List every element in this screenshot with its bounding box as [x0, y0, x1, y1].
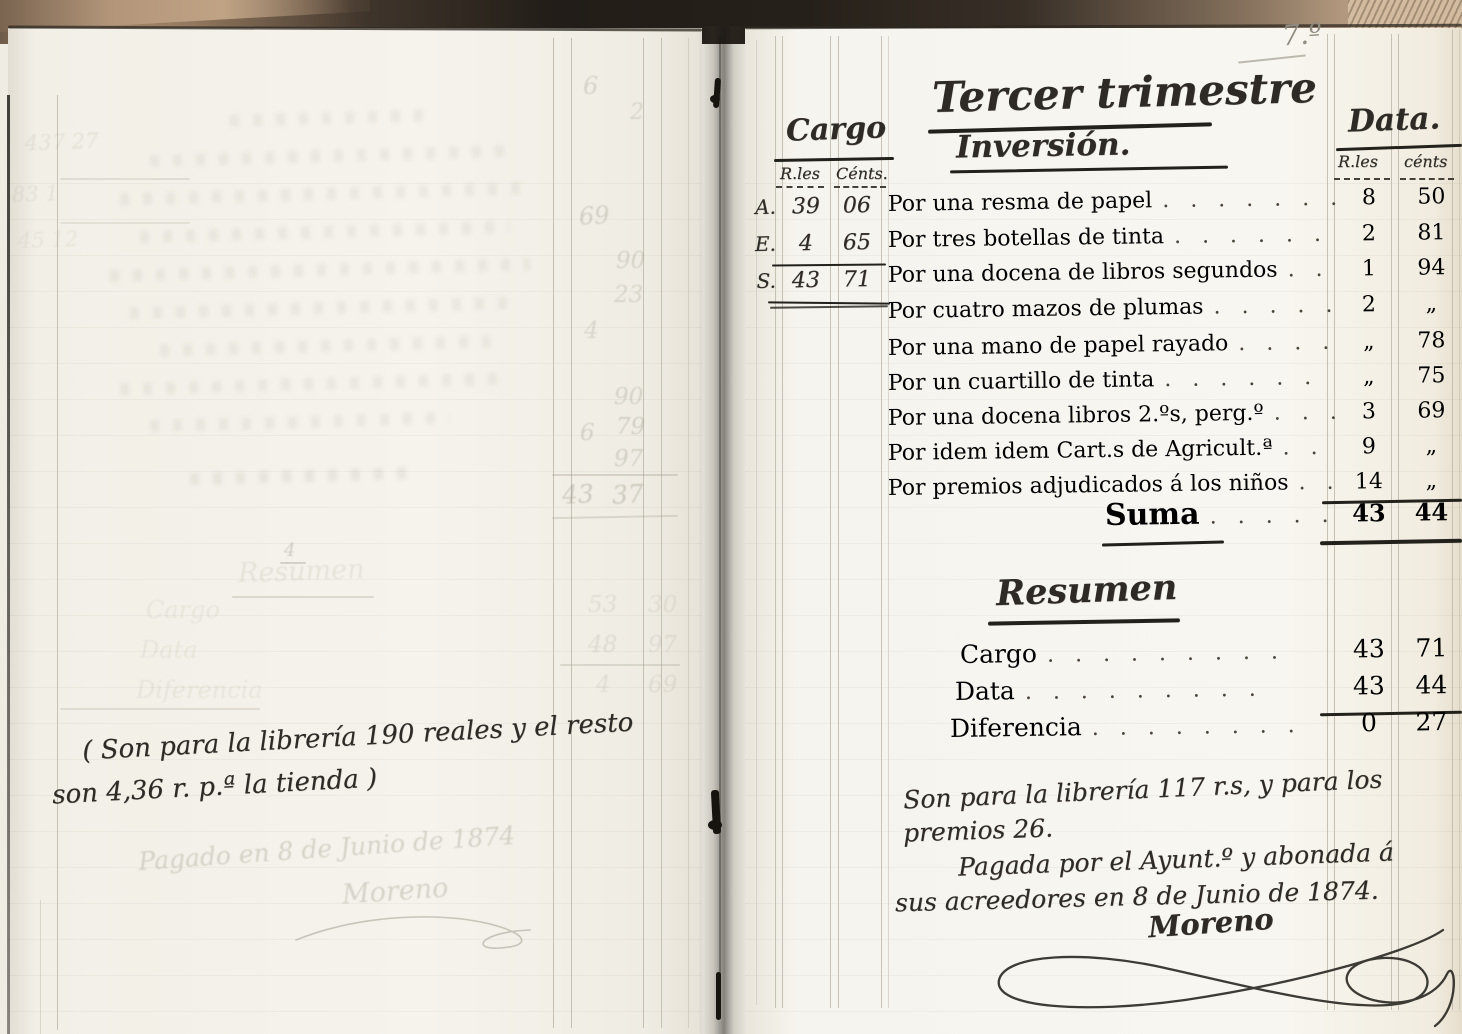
ruled-line — [830, 36, 831, 1008]
cargo-row: E. 4 65 — [742, 230, 883, 268]
cargo-row-cents: 06 — [832, 193, 882, 219]
entry-label: Por una resma de papel — [888, 188, 1153, 217]
ghost-amount: 4 — [596, 672, 611, 698]
entry-reales: 9 — [1337, 434, 1401, 460]
cargo-row-cents: 71 — [832, 267, 882, 293]
dot-leader: . . . . . . — [1154, 365, 1337, 393]
resumen-label: Diferencia — [950, 712, 1082, 743]
cargo-row-reales: 43 — [780, 268, 832, 294]
ghost-amount: 43 — [561, 479, 594, 510]
entry-label: Por cuatro mazos de plumas — [888, 295, 1204, 324]
ghost-resumen-title: Resumen — [237, 554, 365, 589]
entry-cents: „ — [1401, 433, 1462, 459]
ghost-amount: 6 — [583, 72, 598, 100]
section-title: Tercer trimestre — [931, 63, 1317, 122]
data-col-reales: R.les — [1338, 152, 1378, 171]
resumen-reales: 43 — [1337, 634, 1401, 664]
dot-leader: . . . — [1277, 257, 1337, 283]
entry-cents: 69 — [1401, 398, 1462, 424]
ghost-amount: 97 — [614, 446, 643, 472]
cargo-col-cents: Cénts. — [836, 164, 888, 183]
entry-reales: 1 — [1337, 256, 1401, 282]
entry-reales: 8 — [1337, 185, 1401, 211]
entry-label: Por un cuartillo de tinta — [888, 367, 1155, 396]
ruled-line — [775, 36, 776, 1008]
ghost-amount: 37 — [611, 479, 644, 510]
resumen-cents: 71 — [1401, 633, 1462, 663]
dot-leader: . . . . . . . . . — [1015, 676, 1337, 705]
ghost-amount: 45 12 — [18, 227, 79, 253]
left-page-outer-edge — [7, 95, 10, 1034]
ghost-amount: 69 — [648, 672, 677, 698]
ghost-amount: 30 — [648, 592, 677, 618]
ghost-amount: 90 — [616, 248, 645, 274]
cargo-row-label: A. — [742, 195, 776, 220]
entry-reales: 2 — [1337, 221, 1401, 247]
entry-cents: „ — [1401, 468, 1462, 494]
entry-reales: „ — [1337, 329, 1401, 355]
resumen-cents: 27 — [1401, 707, 1462, 737]
ruled-line — [888, 36, 889, 1008]
cargo-sum-row: S. 43 71 — [742, 267, 883, 305]
ghost-amount: 437 27 — [25, 129, 99, 156]
resumen-row: Data . . . . . . . . . 43 44 — [955, 670, 1462, 713]
ruled-line — [756, 40, 757, 1005]
entry-label: Por tres botellas de tinta — [888, 224, 1164, 253]
entry-cents: 94 — [1401, 255, 1462, 281]
dot-leader: . . . . — [1228, 330, 1337, 357]
data-column-title: Data. — [1347, 100, 1440, 139]
entry-cents: 78 — [1401, 328, 1462, 354]
cargo-row: A. 39 06 — [742, 193, 883, 231]
binding-gutter — [698, 26, 750, 1034]
ghost-amount: 53 — [588, 592, 617, 618]
ghost-resumen-label: Data — [140, 636, 198, 664]
folio-number: 7.º — [1281, 17, 1323, 53]
ghost-amount: 23 — [614, 282, 643, 308]
cargo-col-reales: R.les — [780, 164, 820, 183]
signature-rubric-flourish — [975, 920, 1455, 1030]
ghost-resumen-label: Diferencia — [136, 676, 263, 704]
ledger-open-book-photo: 437 27 83 1 45 12 6 2 69 90 23 4 90 6 79… — [0, 0, 1462, 1034]
entry-cents: „ — [1401, 291, 1462, 317]
ghost-amount: 6 — [580, 420, 595, 446]
ghost-amount: 4 — [584, 318, 599, 344]
entry-reales: 3 — [1337, 399, 1401, 425]
resumen-reales: 43 — [1337, 671, 1401, 701]
ghost-amount: 69 — [578, 201, 610, 231]
entry-cents: 75 — [1401, 363, 1462, 389]
ruled-line — [571, 38, 572, 1028]
entry-label: Por una mano de papel rayado — [888, 331, 1229, 361]
dot-leader: . . . . . . — [1199, 503, 1337, 530]
ghost-resumen-label: Cargo — [146, 596, 220, 624]
dot-leader: . . — [1288, 470, 1337, 496]
ruled-line — [553, 38, 554, 1028]
right-note-line2: premios 26. — [903, 813, 1054, 847]
dot-leader: . . . . — [1264, 400, 1337, 426]
ruled-line — [661, 38, 662, 1028]
suma-reales: 43 — [1337, 498, 1401, 528]
resumen-title: Resumen — [995, 567, 1178, 614]
entry-label: Por una docena de libros segundos — [888, 258, 1278, 288]
entry-label: Por idem idem Cart.s de Agricult.ª — [888, 436, 1273, 466]
dot-leader: . . . . . — [1203, 293, 1337, 320]
dot-leader: . . . . . . . — [1152, 186, 1337, 214]
dot-leader: . . . . . . — [1164, 222, 1337, 249]
subsection-title: Inversión. — [956, 126, 1131, 165]
ghost-amount: 83 1 — [12, 181, 60, 207]
ghost-amount: 2 — [630, 100, 644, 125]
cargo-column-title: Cargo — [785, 110, 886, 148]
resumen-label: Data — [955, 676, 1015, 706]
cargo-row-cents: 65 — [832, 230, 882, 256]
dot-leader: . . . . . . . . . — [1037, 639, 1337, 668]
entry-cents: 50 — [1401, 184, 1462, 210]
cargo-row-reales: 39 — [780, 194, 832, 220]
resumen-row: Diferencia . . . . . . . . 0 27 — [950, 707, 1462, 750]
cargo-row-label: E. — [742, 232, 776, 257]
entry-reales: 14 — [1337, 469, 1401, 495]
left-signature-flourish — [290, 902, 550, 952]
ruled-line — [40, 900, 41, 1034]
ghost-amount: 90 — [614, 384, 643, 410]
cargo-row-label: S. — [742, 269, 776, 294]
ruled-line — [643, 38, 644, 1028]
suma-row: Suma . . . . . . 43 44 — [1105, 493, 1462, 542]
cargo-row-reales: 4 — [780, 231, 832, 257]
resumen-row: Cargo . . . . . . . . . 43 71 — [960, 633, 1462, 676]
ruled-line — [688, 38, 689, 1028]
resumen-reales: 0 — [1337, 708, 1401, 738]
binding-crease — [719, 36, 721, 1016]
resumen-cents: 44 — [1401, 670, 1462, 700]
dot-leader: . . . . . . . . — [1082, 713, 1337, 742]
entry-reales: 2 — [1337, 292, 1401, 318]
entry-reales: „ — [1337, 364, 1401, 390]
suma-label: Suma — [1105, 497, 1200, 533]
entry-label: Por una docena libros 2.ºs, perg.º — [888, 401, 1264, 431]
suma-cents: 44 — [1401, 497, 1462, 527]
dot-leader: . . . . — [1272, 435, 1337, 461]
ghost-amount: 48 — [588, 632, 617, 658]
data-col-cents: cénts — [1404, 152, 1447, 171]
ghost-amount: 79 — [616, 414, 645, 440]
resumen-label: Cargo — [960, 639, 1037, 669]
ghost-amount: 97 — [648, 632, 677, 658]
entry-cents: 81 — [1401, 220, 1462, 246]
